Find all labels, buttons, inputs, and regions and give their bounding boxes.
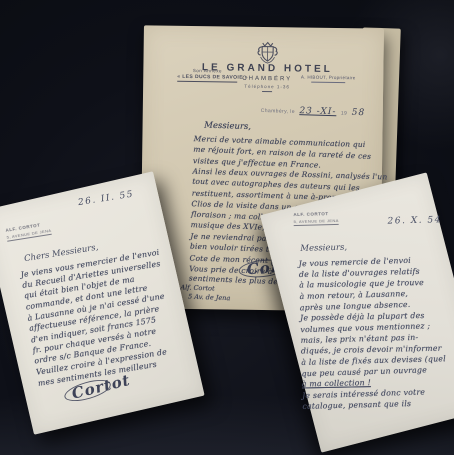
printed-century: 19 [341, 110, 348, 116]
printed-place: Chambéry, le [261, 108, 295, 115]
salutation: Messieurs, [300, 243, 347, 254]
hotel-crest-icon [254, 39, 280, 65]
footer-name: Alf. Cortot [180, 283, 231, 293]
proprietor-name: A. HIBOUT, Propriétaire [297, 74, 359, 80]
photo-of-three-letters: Son Annexe « LES DUCS DE SAVOIE » LE GRA… [0, 0, 454, 455]
letterhead-rule [262, 91, 272, 92]
left-letter-date: 26. II. 55 [77, 189, 134, 208]
letter-right: ALF. CORTOT 5, AVENUE DE JENA 26. X. 54 … [260, 172, 454, 452]
footer-address: 5 Av. de Jena [188, 292, 231, 302]
right-letterhead: ALF. CORTOT 5, AVENUE DE JENA [293, 211, 339, 226]
hotel-dateline: Chambéry, le 23 -XI- 19 58 [261, 99, 382, 121]
handwritten-year: 58 [352, 108, 366, 118]
hotel-phone: Téléphone 1-36 [182, 83, 352, 90]
left-letterhead: ALF. CORTOT 5, AVENUE DE JENA [5, 221, 52, 241]
hotel-footer-address: Alf. Cortot 5 Av. de Jena [180, 283, 231, 302]
left-letter-body: Je viens vous remercier de l'envoi du Re… [20, 247, 178, 388]
hotel-proprietor-block: A. HIBOUT, Propriétaire [297, 74, 359, 83]
right-letter-date: 26. X. 54 [387, 215, 442, 226]
handwritten-day-month: 23 -XI- [299, 106, 336, 117]
salutation: Messieurs, [204, 121, 376, 137]
right-letter-body: Je vous remercie de l'envoi de la liste … [299, 254, 448, 412]
hotel-name: LE GRAND HOTEL [182, 62, 352, 75]
